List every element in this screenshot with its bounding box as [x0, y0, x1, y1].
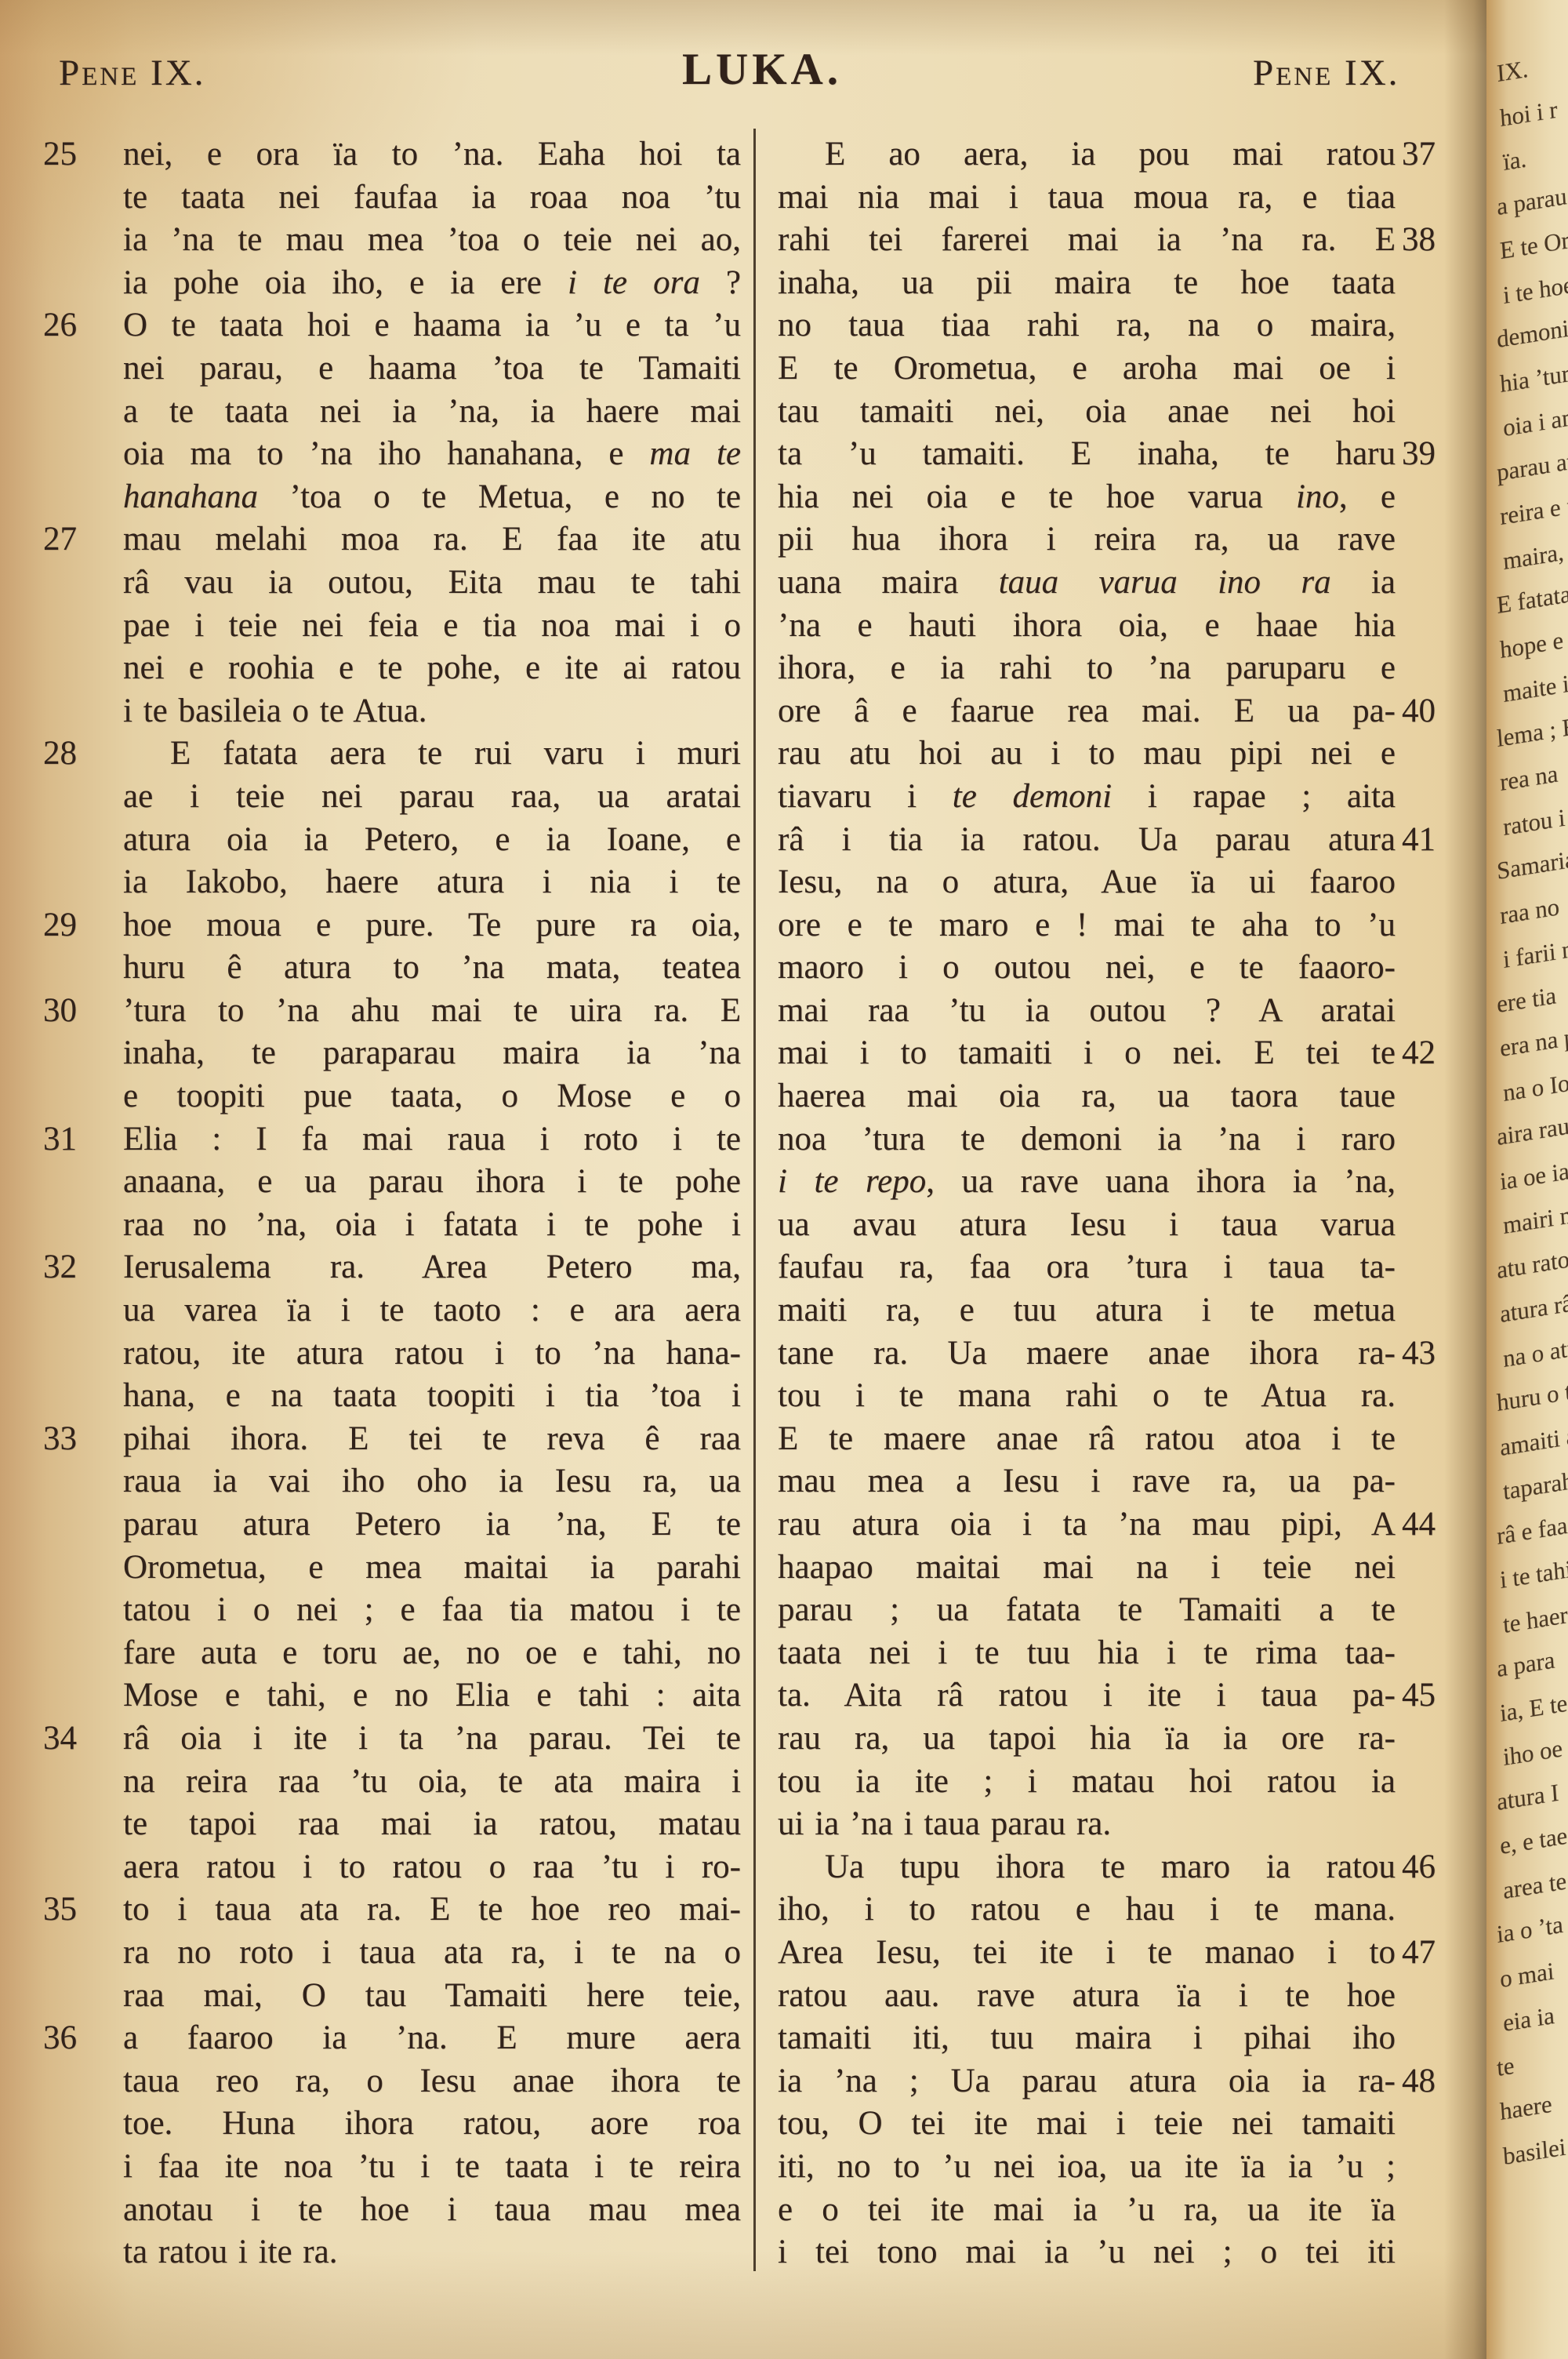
verse-line: 35to i taua ata ra. E te hoe reo mai-: [123, 1888, 741, 1932]
verse-number: 26: [43, 304, 118, 347]
plain-text: e o tei ite mai ia ’u ra, ua ite ïa: [778, 2191, 1396, 2228]
page-edge-fragment: hope e ra: [1499, 623, 1568, 662]
plain-text: tiavaru i: [778, 778, 953, 815]
page-edge-fragment: i farii n: [1502, 936, 1568, 972]
verse-line: no taua tiaa rahi ra, na o maira,: [778, 304, 1396, 347]
plain-text: ua varea ïa i te taoto : e ara aera: [123, 1292, 741, 1329]
italic-text: i te ora: [568, 264, 700, 301]
plain-text: ia Iakobo, haere atura i nia i te: [123, 863, 741, 900]
page-edge-fragment: na o atu: [1502, 1334, 1568, 1370]
verse-number: 32: [43, 1246, 118, 1289]
plain-text: hana, e na taata toopiti i tia ’toa i: [123, 1377, 741, 1414]
page-edge-fragment: Samaria e: [1496, 844, 1568, 883]
plain-text: taua reo ra, o Iesu anae ihora te: [123, 2063, 741, 2099]
verse-line: tau tamaiti nei, oia anae nei hoi: [778, 391, 1396, 434]
page-edge-fragment: atu ratou,: [1496, 1243, 1568, 1281]
plain-text: ia ’na te mau mea ’toa o teie nei ao,: [123, 221, 741, 258]
plain-text: ae i teie nei parau raa, ua aratai: [123, 778, 741, 815]
verse-line: tou ia ite ; i matau hoi ratou ia: [778, 1761, 1396, 1804]
plain-text: ta. Aita râ ratou i ite i taua pa-: [778, 1677, 1396, 1714]
verse-line: 32Ierusalema ra. Area Petero ma,: [123, 1246, 741, 1289]
page-edge-fragment: atura râ: [1499, 1290, 1568, 1326]
plain-text: mai i to tamaiti i o nei. E tei te: [778, 1034, 1396, 1071]
page-edge-fragment: demoni i: [1496, 314, 1568, 351]
page-header-left: Pene IX.: [59, 52, 205, 94]
plain-text: uana maira: [778, 564, 999, 601]
page-edge-fragment: reira e fa: [1499, 491, 1568, 529]
plain-text: to i taua ata ra. E te hoe reo mai-: [123, 1891, 741, 1928]
page-edge-fragment: a parau n: [1496, 180, 1568, 219]
verse-line: inaha, te paraparau maira ia ’na: [123, 1032, 741, 1075]
plain-text: a te taata nei ia ’na, ia haere mai: [123, 393, 741, 430]
page-edge-fragment: maite ih: [1502, 669, 1568, 706]
verse-line: tamaiti iti, tuu maira i pihai iho: [778, 2017, 1396, 2060]
verse-line: taata nei i te tuu hia i te rima taa-: [778, 1632, 1396, 1675]
verse-line: ua avau atura Iesu i taua varua: [778, 1204, 1396, 1247]
verse-line: maiti ra, e tuu atura i te metua: [778, 1289, 1396, 1332]
verse-line: raa mai, O tau Tamaiti here teie,: [123, 1975, 741, 2018]
verse-line: mau mea a Iesu i rave ra, ua pa-: [778, 1460, 1396, 1503]
plain-text: nei, e ora ïa to ’na. Eaha hoi ta: [123, 136, 741, 173]
plain-text: taata nei i te tuu hia i te rima taa-: [778, 1634, 1396, 1671]
plain-text: i faa ite noa ’tu i te taata i te reira: [123, 2148, 741, 2185]
verse-line: ui ia ’na i taua parau ra.: [778, 1803, 1396, 1846]
verse-line: tou, O tei ite mai i teie nei tamaiti: [778, 2103, 1396, 2146]
plain-text: iti, no to ’u nei ioa, ua ite ïa ia ’u ;: [778, 2148, 1396, 2185]
plain-text: parau atura Petero ia ’na, E te: [123, 1506, 741, 1543]
page-edge-fragment: eia ia: [1502, 2003, 1555, 2035]
verse-line: parau ; ua fatata te Tamaiti a te: [778, 1589, 1396, 1632]
verse-line: iti, no to ’u nei ioa, ua ite ïa ia ’u ;: [778, 2146, 1396, 2189]
page-edge-fragment: oia i am: [1502, 403, 1568, 440]
page-header-right: Pene IX.: [1253, 52, 1399, 94]
verse-line: ae i teie nei parau raa, ua aratai: [123, 776, 741, 819]
verse-line: Iesu, na o atura, Aue ïa ui faaroo: [778, 861, 1396, 904]
plain-text: raua ia vai iho oho ia Iesu ra, ua: [123, 1463, 741, 1499]
plain-text: râ oia i ite i ta ’na parau. Tei te: [123, 1720, 741, 1757]
verse-line: uana maira taua varua ino ra ia: [778, 562, 1396, 605]
plain-text: ore â e faarue rea mai. E ua pa-: [778, 692, 1396, 729]
plain-text: rau atura oia i ta ’na mau pipi, A: [778, 1506, 1396, 1543]
plain-text: raa no ’na, oia i fatata i te pohe i: [123, 1206, 741, 1243]
page-edge-fragment: lema ; E: [1496, 713, 1568, 750]
plain-text: E fatata aera te rui varu i muri: [170, 735, 741, 772]
plain-text: fare auta e toru ae, no oe e tahi, no: [123, 1634, 741, 1671]
page-edge-fragment: e, e tae: [1499, 1823, 1568, 1858]
verse-line: iho, i to ratou e hau i te mana.: [778, 1888, 1396, 1932]
plain-text: toe. Huna ihora ratou, aore roa: [123, 2105, 741, 2142]
verse-line: ore e te maro e ! mai te aha to ’u: [778, 904, 1396, 947]
plain-text: hia nei oia e te hoe varua: [778, 478, 1296, 515]
plain-text: i tei tono mai ia ’u nei ; o tei iti: [778, 2234, 1396, 2270]
verse-line: faufau ra, faa ora ’tura i taua ta-: [778, 1246, 1396, 1289]
plain-text: E ao aera, ia pou mai ratou: [825, 136, 1396, 173]
verse-line: ua varea ïa i te taoto : e ara aera: [123, 1289, 741, 1332]
verse-line: anotau i te hoe i taua mau mea: [123, 2189, 741, 2232]
verse-line: ia pohe oia iho, e ia ere i te ora ?: [123, 262, 741, 305]
plain-text: Ierusalema ra. Area Petero ma,: [123, 1249, 741, 1285]
verse-line: hia nei oia e te hoe varua ino, e: [778, 476, 1396, 519]
plain-text: tau tamaiti nei, oia anae nei hoi: [778, 393, 1396, 430]
verse-line: i te repo, ua rave uana ihora ia ’na,: [778, 1161, 1396, 1204]
verse-line: 38rahi tei farerei mai ia ’na ra. E: [778, 219, 1396, 262]
plain-text: mai nia mai i taua moua ra, e tiaa: [778, 179, 1396, 216]
plain-text: E te maere anae râ ratou atoa i te: [778, 1420, 1396, 1457]
plain-text: ’tura to ’na ahu mai te uira ra. E: [123, 992, 741, 1029]
page-edge-fragment: ia oe ia p: [1499, 1155, 1568, 1194]
plain-text: râ i tia ia ratou. Ua parau atura: [778, 821, 1396, 858]
verse-line: 29hoe moua e pure. Te pure ra oia,: [123, 904, 741, 947]
plain-text: te taata nei faufaa ia roaa noa ’tu: [123, 179, 741, 216]
plain-text: ui ia ’na i taua parau ra.: [778, 1805, 1111, 1842]
page-edge-fragment: basilei: [1502, 2134, 1566, 2168]
italic-text: te demoni: [953, 778, 1112, 815]
page-edge-fragment: raa no: [1499, 894, 1560, 928]
plain-text: atura oia ia Petero, e ia Ioane, e: [123, 821, 741, 858]
verse-line: anaana, e ua parau ihora i te pohe: [123, 1161, 741, 1204]
verse-line: maoro i o outou nei, e te faaoro-: [778, 947, 1396, 990]
plain-text: Area Iesu, tei ite i te manao i to: [778, 1934, 1396, 1971]
page-edge-fragment: i te tahi: [1499, 1556, 1568, 1592]
plain-text: noa ’tura te demoni ia ’na i raro: [778, 1121, 1396, 1158]
verse-line: haapao maitai mai na i teie nei: [778, 1547, 1396, 1590]
page-edge-fragment: haere: [1499, 2092, 1552, 2125]
verse-line: raua ia vai iho oho ia Iesu ra, ua: [123, 1460, 741, 1503]
plain-text: Elia : I fa mai raua i roto i te: [123, 1121, 741, 1158]
verse-number: 35: [43, 1888, 118, 1932]
page-edge-fragment: E fatata ae: [1496, 577, 1568, 618]
verse-number: 25: [43, 133, 118, 176]
plain-text: faufau ra, faa ora ’tura i taua ta-: [778, 1249, 1396, 1285]
verse-line: tiavaru i te demoni i rapae ; aita: [778, 776, 1396, 819]
plain-text: tamaiti iti, tuu maira i pihai iho: [778, 2019, 1396, 2056]
page-edge-fragment: o mai: [1499, 1958, 1555, 1991]
italic-text: ma te: [649, 435, 741, 472]
verse-line: 37E ao aera, ia pou mai ratou: [778, 133, 1396, 176]
plain-text: oia ma to ’na iho hanahana, e: [123, 435, 649, 472]
italic-text: ino: [1296, 478, 1339, 515]
verse-line: te taata nei faufaa ia roaa noa ’tu: [123, 176, 741, 220]
verse-line: i faa ite noa ’tu i te taata i te reira: [123, 2146, 741, 2189]
plain-text: tou i te mana rahi o te Atua ra.: [778, 1377, 1396, 1414]
verse-line: haerea mai oia ra, ua taora taue: [778, 1075, 1396, 1118]
verse-line: raa no ’na, oia i fatata i te pohe i: [123, 1204, 741, 1247]
verse-line: nei parau, e haama ’toa te Tamaiti: [123, 347, 741, 391]
plain-text: mau mea a Iesu i rave ra, ua pa-: [778, 1463, 1396, 1499]
page-edge-fragment: parau atu: [1496, 446, 1568, 485]
page-edge-fragment: ere tia: [1496, 983, 1557, 1016]
verse-line: noa ’tura te demoni ia ’na i raro: [778, 1118, 1396, 1161]
verse-line: râ vau ia outou, Eita mau te tahi: [123, 562, 741, 605]
page-title: LUKA.: [682, 44, 842, 95]
plain-text: , e: [1339, 478, 1396, 515]
verse-line: 42mai i to tamaiti i o nei. E tei te: [778, 1032, 1396, 1075]
page-edge-fragment: taparahi: [1502, 1467, 1568, 1503]
italic-text: hanahana: [123, 478, 258, 515]
plain-text: raa mai, O tau Tamaiti here teie,: [123, 1977, 741, 2014]
verse-line: inaha, ua pii maira te hoe taata: [778, 262, 1396, 305]
verse-line: te tapoi raa mai ia ratou, matau: [123, 1803, 741, 1846]
verse-number: 28: [43, 732, 118, 776]
plain-text: tou ia ite ; i matau hoi ratou ia: [778, 1763, 1396, 1800]
verse-line: mai raa ’tu ia outou ? A aratai: [778, 990, 1396, 1033]
plain-text: ia: [1331, 564, 1396, 601]
plain-text: aera ratou i to ratou o raa ’tu i ro-: [123, 1848, 741, 1885]
verse-line: Orometua, e mea maitai ia parahi: [123, 1547, 741, 1590]
plain-text: pii hua ihora i reira ra, ua rave: [778, 521, 1396, 558]
verse-line: 40ore â e faarue rea mai. E ua pa-: [778, 690, 1396, 733]
verse-number: 29: [43, 904, 118, 947]
plain-text: ore e te maro e ! mai te aha to ’u: [778, 907, 1396, 943]
verse-line: tatou i o nei ; e faa tia matou i te: [123, 1589, 741, 1632]
verse-line: pae i teie nei feia e tia noa mai i o: [123, 605, 741, 648]
plain-text: te tapoi raa mai ia ratou, matau: [123, 1805, 741, 1842]
plain-text: i rapae ; aita: [1112, 778, 1396, 815]
verse-line: ta ratou i ite ra.: [123, 2231, 741, 2274]
verse-line: 25nei, e ora ïa to ’na. Eaha hoi ta: [123, 133, 741, 176]
plain-text: no taua tiaa rahi ra, na o maira,: [778, 307, 1396, 343]
verse-line: ratou, ite atura ratou i to ’na hana-: [123, 1332, 741, 1376]
verse-line: 30’tura to ’na ahu mai te uira ra. E: [123, 990, 741, 1033]
plain-text: hoe moua e pure. Te pure ra oia,: [123, 907, 741, 943]
page-edge-fragment: era na pi: [1499, 1023, 1568, 1060]
italic-text: taua varua ino ra: [999, 564, 1331, 601]
next-page-edge: IX.hoi i rïa.a parau nE te Oroi te hoe t…: [1486, 0, 1568, 2359]
plain-text: , ua rave uana ihora ia ’na,: [926, 1163, 1396, 1200]
plain-text: e toopiti pue taata, o Mose e o: [123, 1078, 741, 1114]
verse-line: hanahana ’toa o te Metua, e no te: [123, 476, 741, 519]
page-edge-fragment: te: [1496, 2052, 1515, 2080]
verse-line: pii hua ihora i reira ra, ua rave: [778, 518, 1396, 562]
plain-text: ihora, e ia rahi to ’na paruparu e: [778, 649, 1396, 686]
verse-line: ia ’na te mau mea ’toa o teie nei ao,: [123, 219, 741, 262]
verse-line: ’na e hauti ihora oia, e haae hia: [778, 605, 1396, 648]
verse-line: 45ta. Aita râ ratou i ite i taua pa-: [778, 1674, 1396, 1717]
plain-text: anaana, e ua parau ihora i te pohe: [123, 1163, 741, 1200]
verse-line: 41râ i tia ia ratou. Ua parau atura: [778, 819, 1396, 862]
plain-text: i te basileia o te Atua.: [123, 692, 427, 729]
verse-line: Mose e tahi, e no Elia e tahi : aita: [123, 1674, 741, 1717]
plain-text: nei e roohia e te pohe, e ite ai ratou: [123, 649, 741, 686]
plain-text: rau ra, ua tapoi hia ïa ia ore ra-: [778, 1720, 1396, 1757]
verse-line: 27mau melahi moa ra. E faa ite atu: [123, 518, 741, 562]
verse-number: 36: [43, 2017, 118, 2060]
plain-text: mai raa ’tu ia outou ? A aratai: [778, 992, 1396, 1029]
plain-text: ’na e hauti ihora oia, e haae hia: [778, 607, 1396, 644]
verse-line: 34râ oia i ite i ta ’na parau. Tei te: [123, 1717, 741, 1761]
page-edge-fragment: amaiti a: [1499, 1423, 1568, 1459]
left-column: 25nei, e ora ïa to ’na. Eaha hoi tate ta…: [123, 133, 741, 2274]
plain-text: inaha, te paraparau maira ia ’na: [123, 1034, 741, 1071]
verse-line: nei e roohia e te pohe, e ite ai ratou: [123, 647, 741, 690]
verse-line: rau ra, ua tapoi hia ïa ia ore ra-: [778, 1717, 1396, 1761]
verse-line: ihora, e ia rahi to ’na paruparu e: [778, 647, 1396, 690]
verse-line: 43tane ra. Ua maere anae ihora ra-: [778, 1332, 1396, 1376]
plain-text: pae i teie nei feia e tia noa mai i o: [123, 607, 741, 644]
plain-text: rau atu hoi au i to mau pipi nei e: [778, 735, 1396, 772]
verse-line: 44rau atura oia i ta ’na mau pipi, A: [778, 1503, 1396, 1547]
plain-text: ?: [700, 264, 741, 301]
page-edge-fragment: i te hoe t: [1502, 270, 1568, 307]
plain-text: inaha, ua pii maira te hoe taata: [778, 264, 1396, 301]
page-edge-fragment: te haere: [1502, 1600, 1568, 1636]
verse-line: ratou aau. rave atura ïa i te hoe: [778, 1975, 1396, 2018]
verse-line: 36a faaroo ia ’na. E mure aera: [123, 2017, 741, 2060]
verse-line: 33pihai ihora. E tei te reva ê raa: [123, 1418, 741, 1461]
page-edge-fragment: iho oe n: [1502, 1732, 1568, 1769]
plain-text: ratou aau. rave atura ïa i te hoe: [778, 1977, 1396, 2014]
page-edge-fragment: IX.: [1496, 56, 1529, 85]
plain-text: ra no roto i taua ata ra, i te na o: [123, 1934, 741, 1971]
verse-line: atura oia ia Petero, e ia Ioane, e: [123, 819, 741, 862]
page-edge-fragment: ia o ’ta: [1496, 1912, 1564, 1946]
page-edge-fragment: ïa.: [1502, 146, 1527, 174]
plain-text: Ua tupu ihora te maro ia ratou: [825, 1848, 1396, 1885]
plain-text: maiti ra, e tuu atura i te metua: [778, 1292, 1396, 1329]
plain-text: anotau i te hoe i taua mau mea: [123, 2191, 741, 2228]
plain-text: tatou i o nei ; e faa tia matou i te: [123, 1591, 741, 1628]
verse-line: 46Ua tupu ihora te maro ia ratou: [778, 1846, 1396, 1889]
plain-text: iho, i to ratou e hau i te mana.: [778, 1891, 1396, 1928]
page-edge-fragment: atura I: [1496, 1779, 1559, 1814]
verse-line: hana, e na taata toopiti i tia ’toa i: [123, 1375, 741, 1418]
verse-line: taua reo ra, o Iesu anae ihora te: [123, 2060, 741, 2103]
verse-line: fare auta e toru ae, no oe e tahi, no: [123, 1632, 741, 1675]
plain-text: huru ê atura to ’na mata, teatea: [123, 949, 741, 986]
verse-line: i tei tono mai ia ’u nei ; o tei iti: [778, 2231, 1396, 2274]
verse-line: e o tei ite mai ia ’u ra, ua ite ïa: [778, 2189, 1396, 2232]
verse-number: 30: [43, 990, 118, 1033]
plain-text: maoro i o outou nei, e te faaoro-: [778, 949, 1396, 986]
right-column: 37E ao aera, ia pou mai ratoumai nia mai…: [778, 133, 1396, 2274]
page-edge-fragment: a para: [1496, 1647, 1555, 1681]
verse-line: na reira raa ’tu oia, te ata maira i: [123, 1761, 741, 1804]
book-page: Pene IX. LUKA. Pene IX. 25nei, e ora ïa …: [0, 0, 1568, 2359]
page-edge-fragment: huru o to: [1496, 1376, 1568, 1415]
verse-line: 48ia ’na ; Ua parau atura oia ia ra-: [778, 2060, 1396, 2103]
verse-line: a te taata nei ia ’na, ia haere mai: [123, 391, 741, 434]
verse-line: huru ê atura to ’na mata, teatea: [123, 947, 741, 990]
verse-line: parau atura Petero ia ’na, E te: [123, 1503, 741, 1547]
verse-line: ia Iakobo, haere atura i nia i te: [123, 861, 741, 904]
plain-text: râ vau ia outou, Eita mau te tahi: [123, 564, 741, 601]
page-edge-fragment: area te: [1502, 1868, 1567, 1903]
verse-line: aera ratou i to ratou o raa ’tu i ro-: [123, 1846, 741, 1889]
verse-line: E te Orometua, e aroha mai oe i: [778, 347, 1396, 391]
column-divider: [753, 129, 756, 2271]
page-edge-fragment: ia, E te: [1499, 1690, 1568, 1725]
plain-text: tou, O tei ite mai i teie nei tamaiti: [778, 2105, 1396, 2142]
verse-line: toe. Huna ihora ratou, aore roa: [123, 2103, 741, 2146]
page-edge-fragment: râ e faa: [1496, 1512, 1568, 1547]
verse-number: 27: [43, 518, 118, 562]
verse-line: 31Elia : I fa mai raua i roto i te: [123, 1118, 741, 1161]
verse-line: ra no roto i taua ata ra, i te na o: [123, 1932, 741, 1975]
verse-number: 31: [43, 1118, 118, 1161]
plain-text: na reira raa ’tu oia, te ata maira i: [123, 1763, 741, 1800]
verse-line: mai nia mai i taua moua ra, e tiaa: [778, 176, 1396, 220]
plain-text: mau melahi moa ra. E faa ite atu: [123, 521, 741, 558]
page-edge-fragment: maira, n: [1502, 536, 1568, 573]
verse-line: 47Area Iesu, tei ite i te manao i to: [778, 1932, 1396, 1975]
verse-line: rau atu hoi au i to mau pipi nei e: [778, 732, 1396, 776]
verse-line: i te basileia o te Atua.: [123, 690, 741, 733]
plain-text: tane ra. Ua maere anae ihora ra-: [778, 1335, 1396, 1372]
verse-line: oia ma to ’na iho hanahana, e ma te: [123, 433, 741, 476]
page-edge-fragment: E te Oro: [1499, 226, 1568, 263]
plain-text: ia pohe oia iho, e ia ere: [123, 264, 568, 301]
plain-text: ’toa o te Metua, e no te: [258, 478, 741, 515]
verse-line: tou i te mana rahi o te Atua ra.: [778, 1375, 1396, 1418]
plain-text: haapao maitai mai na i teie nei: [778, 1549, 1396, 1586]
verse-number: 34: [43, 1717, 118, 1761]
plain-text: ua avau atura Iesu i taua varua: [778, 1206, 1396, 1243]
plain-text: nei parau, e haama ’toa te Tamaiti: [123, 350, 741, 387]
verse-line: e toopiti pue taata, o Mose e o: [123, 1075, 741, 1118]
page-edge-fragment: hia ’tura: [1499, 358, 1568, 395]
plain-text: ratou, ite atura ratou i to ’na hana-: [123, 1335, 741, 1372]
plain-text: Iesu, na o atura, Aue ïa ui faaroo: [778, 863, 1396, 900]
page-edge-fragment: na o Ioan: [1502, 1066, 1568, 1104]
italic-text: i te repo: [778, 1163, 926, 1200]
plain-text: E te Orometua, e aroha mai oe i: [778, 350, 1396, 387]
verse-line: E te maere anae râ ratou atoa i te: [778, 1418, 1396, 1461]
plain-text: ta ratou i ite ra.: [123, 2234, 337, 2270]
verse-number: 33: [43, 1418, 118, 1461]
verse-line: 26O te taata hoi e haama ia ’u e ta ’u: [123, 304, 741, 347]
plain-text: pihai ihora. E tei te reva ê raa: [123, 1420, 741, 1457]
plain-text: rahi tei farerei mai ia ’na ra. E: [778, 221, 1396, 258]
page-edge-fragment: mairi m: [1502, 1201, 1568, 1238]
plain-text: Orometua, e mea maitai ia parahi: [123, 1549, 741, 1586]
verse-line: 28E fatata aera te rui varu i muri: [123, 732, 741, 776]
page-edge-fragment: aira raua: [1496, 1111, 1568, 1149]
page-edge-fragment: rea na: [1499, 761, 1559, 794]
plain-text: parau ; ua fatata te Tamaiti a te: [778, 1591, 1396, 1628]
plain-text: haerea mai oia ra, ua taora taue: [778, 1078, 1396, 1114]
page-edge-fragment: ratou i: [1502, 805, 1566, 839]
plain-text: ta ’u tamaiti. E inaha, te haru: [778, 435, 1396, 472]
page-edge-fragment: hoi i r: [1499, 96, 1558, 130]
verse-line: 39ta ’u tamaiti. E inaha, te haru: [778, 433, 1396, 476]
plain-text: O te taata hoi e haama ia ’u e ta ’u: [123, 307, 741, 343]
plain-text: Mose e tahi, e no Elia e tahi : aita: [123, 1677, 741, 1714]
plain-text: a faaroo ia ’na. E mure aera: [123, 2019, 741, 2056]
plain-text: ia ’na ; Ua parau atura oia ia ra-: [778, 2063, 1396, 2099]
